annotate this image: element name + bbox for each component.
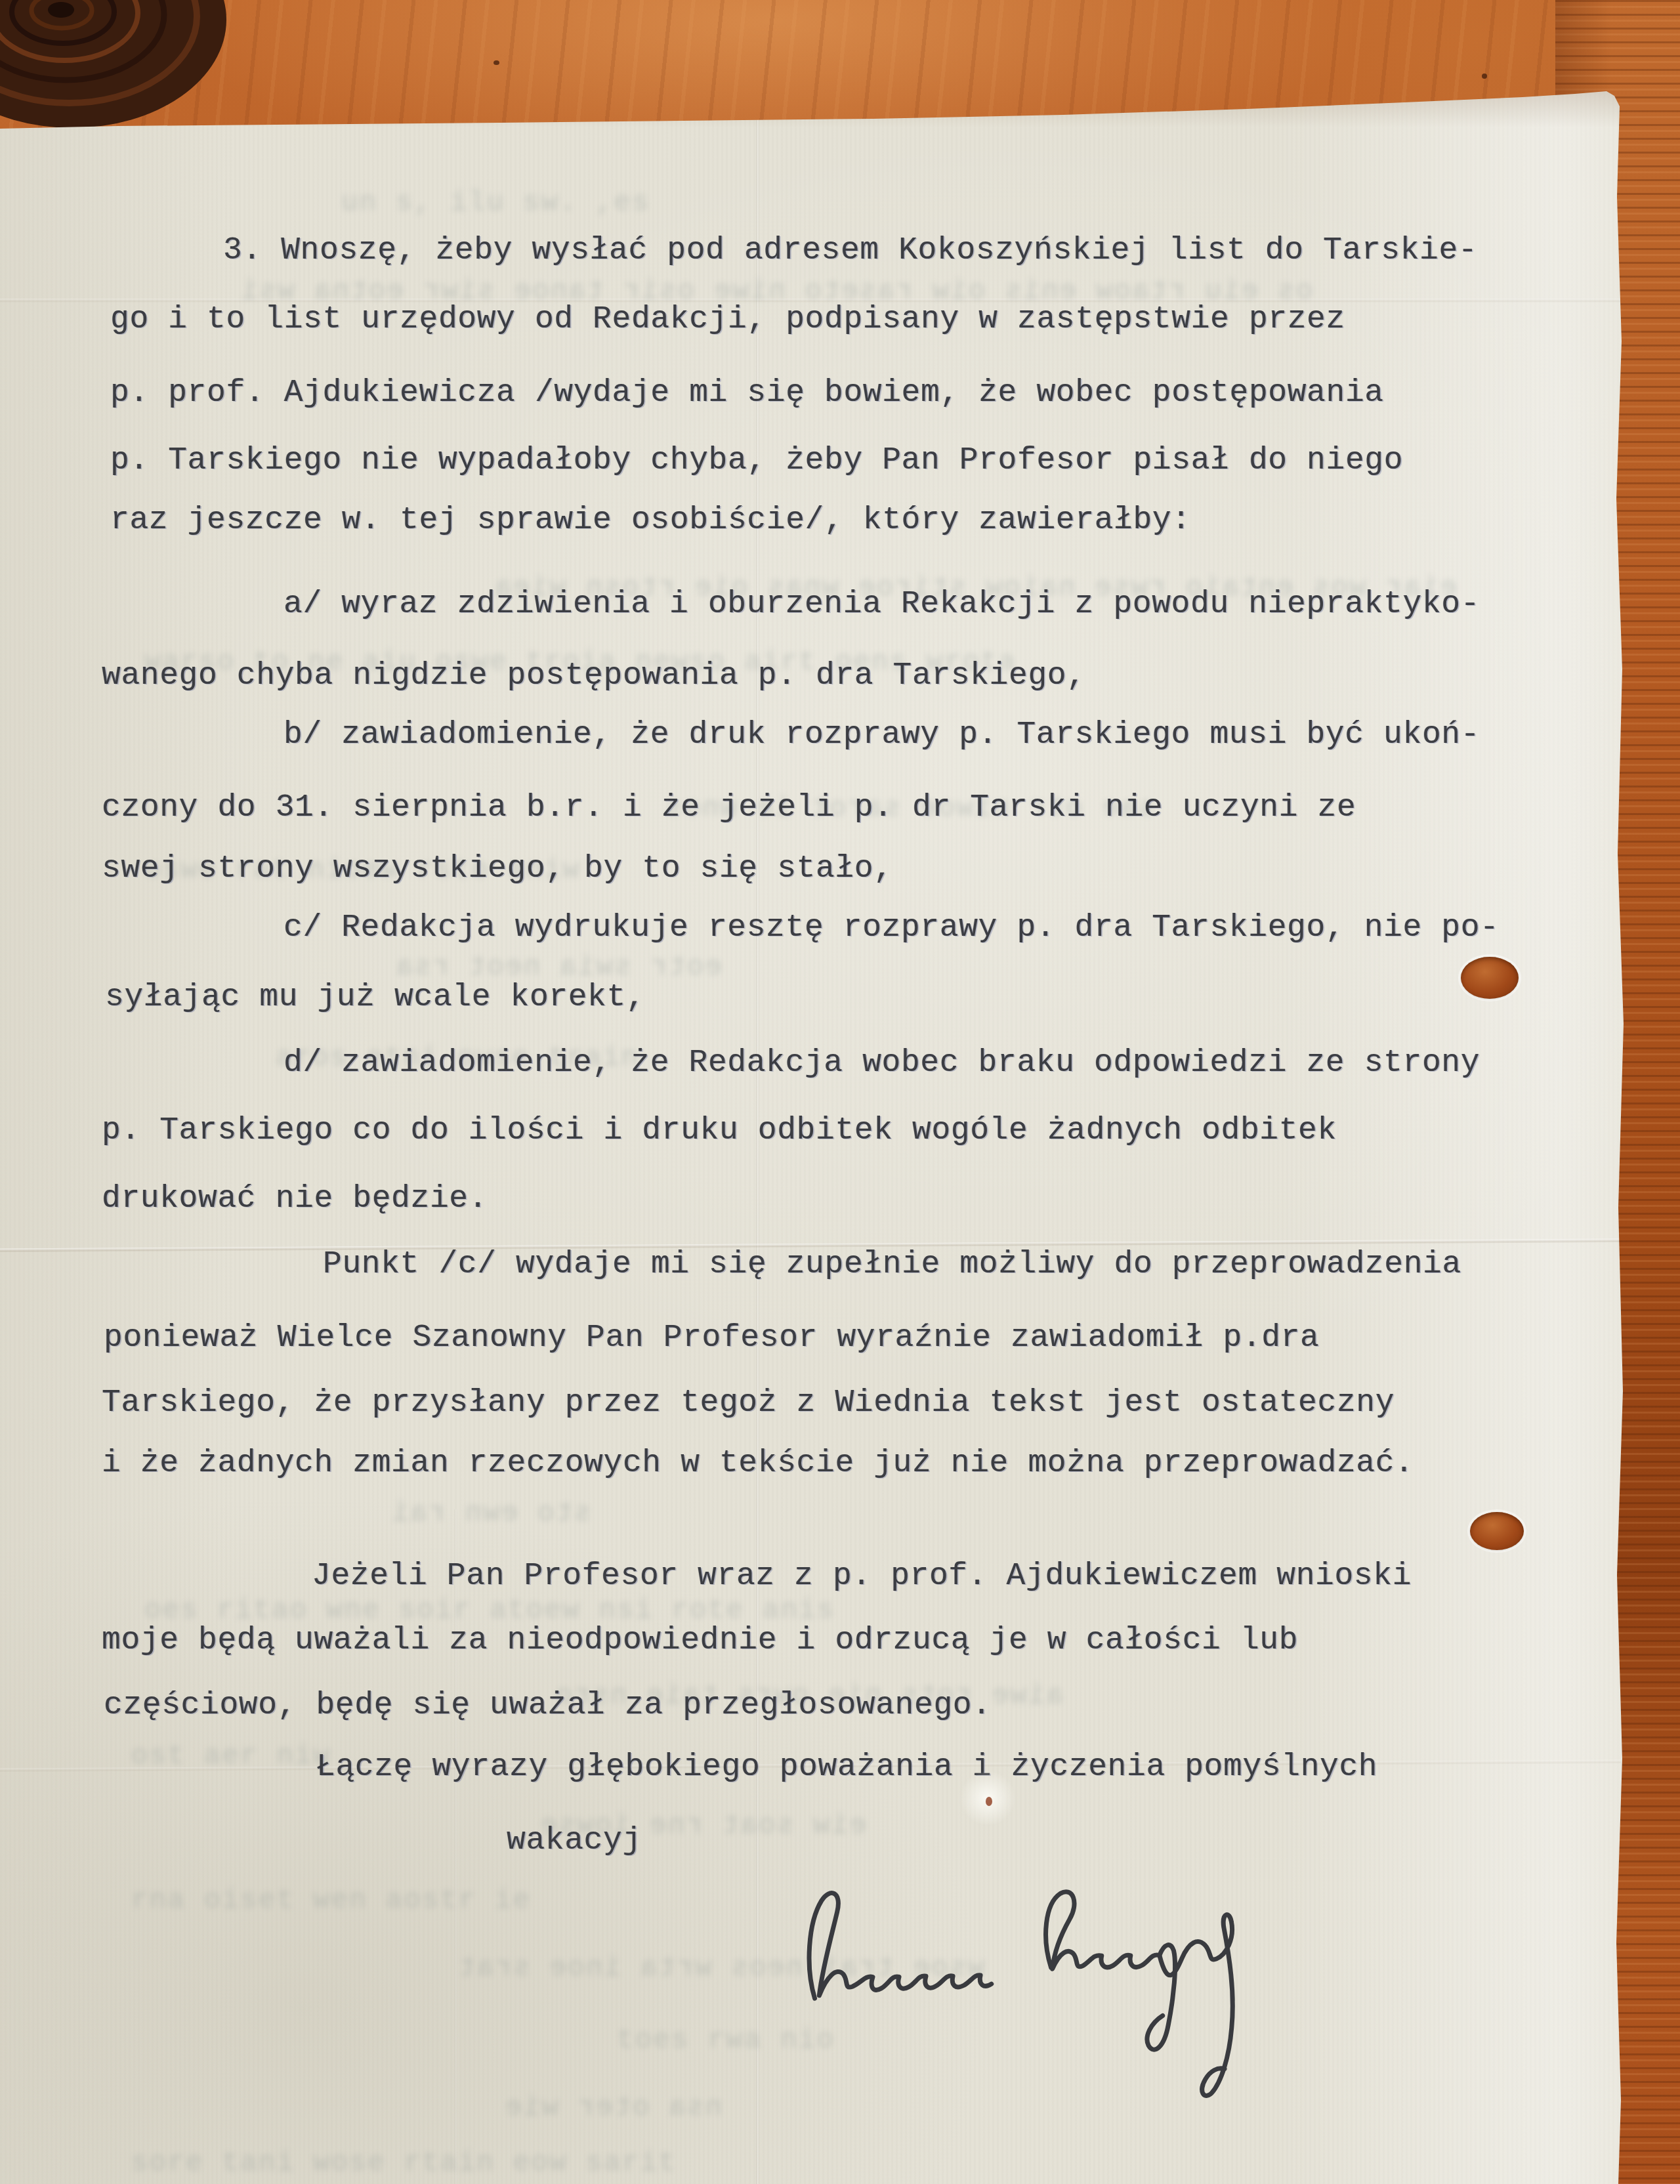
signature-roman-ingarden	[767, 1844, 1293, 2152]
bleed-through-text: eotr swia neot rsa	[131, 952, 722, 983]
letter-line: Łączę wyrazy głębokiego poważania i życz…	[316, 1750, 1377, 1784]
letter-line: ponieważ Wielce Szanowny Pan Profesor wy…	[104, 1321, 1320, 1355]
letter-line: czony do 31. sierpnia b.r. i że jeżeli p…	[102, 791, 1356, 825]
letter-sheet: un s, ilu sw. ,es os eiu rtaow enis oiw …	[0, 0, 1680, 2184]
bleed-through-text: rna oiset wen aostr ie	[131, 1885, 656, 1916]
letter-line: Jeżeli Pan Profesor wraz z p. prof. Ajdu…	[312, 1559, 1412, 1593]
letter-line: wanego chyba nigdzie postępowania p. dra…	[102, 659, 1086, 693]
letter-line: raz jeszcze w. tej sprawie osobiście/, k…	[110, 503, 1191, 537]
letter-line: drukować nie będzie.	[102, 1182, 488, 1216]
bleed-through-text: sto ewn rai	[131, 1498, 591, 1529]
bleed-through-text: sore tani wose rtain eow sarit	[131, 2147, 919, 2179]
letter-line: wakacyj	[507, 1824, 642, 1858]
letter-line: i że żadnych zmian rzeczowych w tekście …	[102, 1446, 1414, 1480]
letter-line: d/ zawiadomienie, że Redakcja wobec brak…	[283, 1046, 1480, 1080]
wood-speck	[1482, 73, 1487, 79]
letter-line: syłając mu już wcale korekt,	[105, 980, 645, 1015]
letter-line: p. Tarskiego co do ilości i druku odbite…	[102, 1114, 1337, 1148]
letter-line: b/ zawiadomienie, że druk rozprawy p. Ta…	[283, 718, 1480, 752]
letter-line: moje będą uważali za nieodpowiednie i od…	[102, 1624, 1298, 1658]
letter-line: a/ wyraz zdziwienia i oburzenia Rekakcji…	[283, 587, 1480, 621]
letter-line: Punkt /c/ wydaje mi się zupełnie możliwy…	[323, 1248, 1461, 1282]
bleed-through-text: un s, ilu sw. ,es	[341, 187, 682, 219]
letter-line: p. Tarskiego nie wypadałoby chyba, żeby …	[110, 444, 1403, 478]
letter-line: go i to list urzędowy od Redakcji, podpi…	[110, 303, 1345, 337]
punch-hole	[1461, 957, 1519, 999]
punch-hole	[1470, 1512, 1524, 1550]
letter-line: Tarskiego, że przysłany przez tegoż z Wi…	[102, 1386, 1395, 1420]
photo-of-letter: un s, ilu sw. ,es os eiu rtaow enis oiw …	[0, 0, 1680, 2184]
letter-line: częściowo, będę się uważał za przegłosow…	[104, 1689, 992, 1723]
wood-knot-icon	[0, 0, 276, 138]
wood-speck	[493, 60, 499, 65]
letter-line: c/ Redakcja wydrukuje resztę rozprawy p.…	[283, 911, 1500, 945]
letter-line: 3. Wnoszę, żeby wysłać pod adresem Kokos…	[223, 234, 1477, 268]
letter-line: swej strony wszystkiego, by to się stało…	[102, 852, 893, 886]
paper-tear-spot	[986, 1797, 992, 1806]
letter-line: p. prof. Ajdukiewicza /wydaje mi się bow…	[110, 376, 1384, 410]
bleed-through-text: oes ritao wne soir atoew nsi rote anis	[144, 1595, 1194, 1626]
bleed-through-text: nsa oter wie	[131, 2092, 722, 2124]
